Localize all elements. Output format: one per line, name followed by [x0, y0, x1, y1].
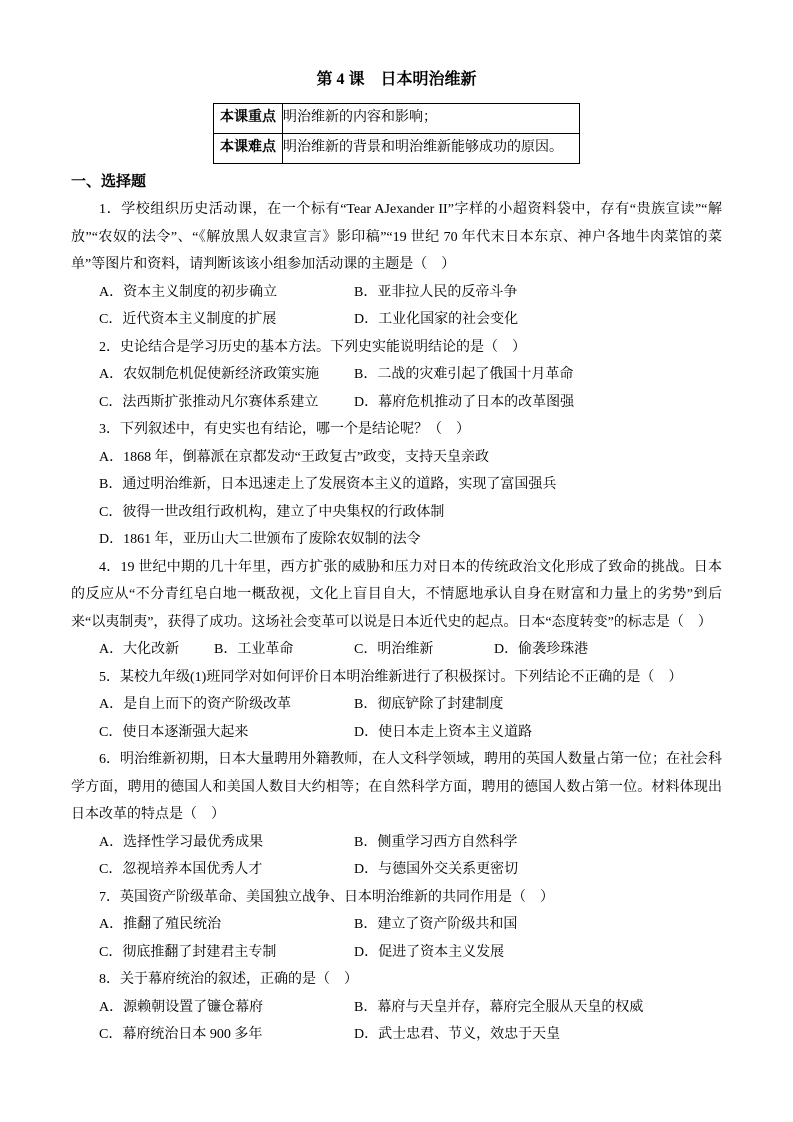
- question-7-options: A．推翻了殖民统治 B．建立了资产阶级共和国 C．彻底推翻了封建君主专制 D．促…: [71, 911, 722, 966]
- question-6-option-d: D．与德国外交关系更密切: [354, 856, 722, 884]
- question-5-option-c: C．使日本逐渐强大起来: [99, 719, 354, 747]
- question-2: 2．史论结合是学习历史的基本方法。下列史实能说明结论的是（ ） A．农奴制危机促…: [71, 334, 722, 417]
- question-3-option-a: A．1868 年，倒幕派在京都发动“王政复古”政变，支持天皇亲政: [99, 444, 722, 472]
- document-page: 第 4 课 日本明治维新 本课重点 明治维新的内容和影响； 本课难点 明治维新的…: [0, 0, 793, 1122]
- question-5-option-d: D．使日本走上资本主义道路: [354, 719, 722, 747]
- question-1-option-a: A．资本主义制度的初步确立: [99, 279, 354, 307]
- question-8-options: A．源赖朝设置了镰仓幕府 B．幕府与天皇并存，幕府完全服从天皇的权威 C．幕府统…: [71, 994, 722, 1049]
- question-text: 19 世纪中期的几十年里，西方扩张的威胁和压力对日本的传统政治文化形成了致命的挑…: [71, 560, 722, 630]
- question-5-stem: 5．某校九年级(1)班同学对如何评价日本明治维新进行了积极探讨。下列结论不正确的…: [71, 664, 722, 692]
- question-5-options: A．是自上而下的资产阶级改革 B．彻底铲除了封建制度 C．使日本逐渐强大起来 D…: [71, 691, 722, 746]
- focus-value: 明治维新的内容和影响；: [283, 103, 580, 133]
- question-6-stem: 6．明治维新初期，日本大量聘用外籍教师，在人文科学领域，聘用的英国人数量占第一位…: [71, 746, 722, 829]
- question-8-option-a: A．源赖朝设置了镰仓幕府: [99, 994, 354, 1022]
- question-6-option-c: C．忽视培养本国优秀人才: [99, 856, 354, 884]
- difficulty-value: 明治维新的背景和明治维新能够成功的原因。: [283, 133, 580, 163]
- question-6: 6．明治维新初期，日本大量聘用外籍教师，在人文科学领域，聘用的英国人数量占第一位…: [71, 746, 722, 884]
- question-1-option-c: C．近代资本主义制度的扩展: [99, 306, 354, 334]
- question-4-option-a: A．大化改新: [99, 636, 214, 664]
- question-2-stem: 2．史论结合是学习历史的基本方法。下列史实能说明结论的是（ ）: [71, 334, 722, 362]
- question-6-option-a: A．选择性学习最优秀成果: [99, 829, 354, 857]
- question-2-option-b: B．二战的灾难引起了俄国十月革命: [354, 361, 722, 389]
- question-1-stem: 1．学校组织历史活动课，在一个标有“Tear AJexander II”字样的小…: [71, 196, 722, 279]
- question-4-option-d: D．偷袭珍珠港: [494, 636, 722, 664]
- question-4-stem: 4．19 世纪中期的几十年里，西方扩张的威胁和压力对日本的传统政治文化形成了致命…: [71, 554, 722, 637]
- question-6-option-b: B．侧重学习西方自然科学: [354, 829, 722, 857]
- question-1: 1．学校组织历史活动课，在一个标有“Tear AJexander II”字样的小…: [71, 196, 722, 334]
- question-text: 史论结合是学习历史的基本方法。下列史实能说明结论的是（ ）: [120, 340, 526, 355]
- question-7-option-d: D．促进了资本主义发展: [354, 939, 722, 967]
- question-text: 明治维新初期，日本大量聘用外籍教师，在人文科学领域，聘用的英国人数量占第一位；在…: [71, 752, 722, 822]
- question-7: 7．英国资产阶级革命、美国独立战争、日本明治维新的共同作用是（ ） A．推翻了殖…: [71, 884, 722, 967]
- difficulty-label: 本课难点: [214, 133, 283, 163]
- question-2-option-c: C．法西斯扩张推动凡尔赛体系建立: [99, 389, 354, 417]
- question-4-option-c: C．明治维新: [354, 636, 494, 664]
- question-8-option-d: D．武士忠君、节义，效忠于天皇: [354, 1021, 722, 1049]
- focus-label: 本课重点: [214, 103, 283, 133]
- question-number: 5．: [99, 670, 120, 685]
- table-row: 本课难点 明治维新的背景和明治维新能够成功的原因。: [214, 133, 580, 163]
- question-3: 3．下列叙述中，有史实也有结论，哪一个是结论呢？（ ） A．1868 年，倒幕派…: [71, 416, 722, 554]
- question-2-option-d: D．幕府危机推动了日本的改革图强: [354, 389, 722, 417]
- question-2-options: A．农奴制危机促使新经济政策实施 B．二战的灾难引起了俄国十月革命 C．法西斯扩…: [71, 361, 722, 416]
- question-4-options: A．大化改新 B．工业革命 C．明治维新 D．偷袭珍珠港: [71, 636, 722, 664]
- page-content: 第 4 课 日本明治维新 本课重点 明治维新的内容和影响； 本课难点 明治维新的…: [0, 0, 793, 1049]
- question-7-stem: 7．英国资产阶级革命、美国独立战争、日本明治维新的共同作用是（ ）: [71, 884, 722, 912]
- question-text: 下列叙述中，有史实也有结论，哪一个是结论呢？（ ）: [120, 422, 470, 437]
- question-number: 7．: [99, 890, 120, 905]
- question-number: 8．: [99, 972, 120, 987]
- question-4-option-b: B．工业革命: [214, 636, 354, 664]
- question-1-option-d: D．工业化国家的社会变化: [354, 306, 722, 334]
- question-number: 1．: [99, 202, 121, 217]
- question-3-option-c: C．彼得一世改组行政机构，建立了中央集权的行政体制: [99, 499, 722, 527]
- table-row: 本课重点 明治维新的内容和影响；: [214, 103, 580, 133]
- page-title: 第 4 课 日本明治维新: [71, 66, 722, 94]
- question-text: 某校九年级(1)班同学对如何评价日本明治维新进行了积极探讨。下列结论不正确的是（…: [120, 670, 682, 685]
- question-number: 4．: [99, 560, 121, 575]
- question-7-option-a: A．推翻了殖民统治: [99, 911, 354, 939]
- question-5-option-b: B．彻底铲除了封建制度: [354, 691, 722, 719]
- question-5: 5．某校九年级(1)班同学对如何评价日本明治维新进行了积极探讨。下列结论不正确的…: [71, 664, 722, 747]
- question-7-option-b: B．建立了资产阶级共和国: [354, 911, 722, 939]
- question-1-option-b: B．亚非拉人民的反帝斗争: [354, 279, 722, 307]
- question-text: 英国资产阶级革命、美国独立战争、日本明治维新的共同作用是（ ）: [120, 890, 554, 905]
- question-number: 2．: [99, 340, 120, 355]
- question-4: 4．19 世纪中期的几十年里，西方扩张的威胁和压力对日本的传统政治文化形成了致命…: [71, 554, 722, 664]
- question-3-option-b: B．通过明治维新，日本迅速走上了发展资本主义的道路，实现了富国强兵: [99, 471, 722, 499]
- question-1-options: A．资本主义制度的初步确立 B．亚非拉人民的反帝斗争 C．近代资本主义制度的扩展…: [71, 279, 722, 334]
- question-8: 8．关于幕府统治的叙述，正确的是（ ） A．源赖朝设置了镰仓幕府 B．幕府与天皇…: [71, 966, 722, 1049]
- question-3-options: A．1868 年，倒幕派在京都发动“王政复古”政变，支持天皇亲政 B．通过明治维…: [71, 444, 722, 554]
- question-text: 学校组织历史活动课，在一个标有“Tear AJexander II”字样的小超资…: [71, 202, 722, 272]
- question-text: 关于幕府统治的叙述，正确的是（ ）: [120, 972, 358, 987]
- question-3-option-d: D．1861 年，亚历山大二世颁布了废除农奴制的法令: [99, 526, 722, 554]
- question-6-options: A．选择性学习最优秀成果 B．侧重学习西方自然科学 C．忽视培养本国优秀人才 D…: [71, 829, 722, 884]
- question-number: 6．: [99, 752, 120, 767]
- question-8-option-c: C．幕府统治日本 900 多年: [99, 1021, 354, 1049]
- question-5-option-a: A．是自上而下的资产阶级改革: [99, 691, 354, 719]
- focus-table: 本课重点 明治维新的内容和影响； 本课难点 明治维新的背景和明治维新能够成功的原…: [213, 103, 580, 164]
- question-7-option-c: C．彻底推翻了封建君主专制: [99, 939, 354, 967]
- question-number: 3．: [99, 422, 120, 437]
- question-8-option-b: B．幕府与天皇并存，幕府完全服从天皇的权威: [354, 994, 722, 1022]
- section-heading: 一、选择题: [71, 169, 722, 197]
- question-8-stem: 8．关于幕府统治的叙述，正确的是（ ）: [71, 966, 722, 994]
- question-2-option-a: A．农奴制危机促使新经济政策实施: [99, 361, 354, 389]
- question-3-stem: 3．下列叙述中，有史实也有结论，哪一个是结论呢？（ ）: [71, 416, 722, 444]
